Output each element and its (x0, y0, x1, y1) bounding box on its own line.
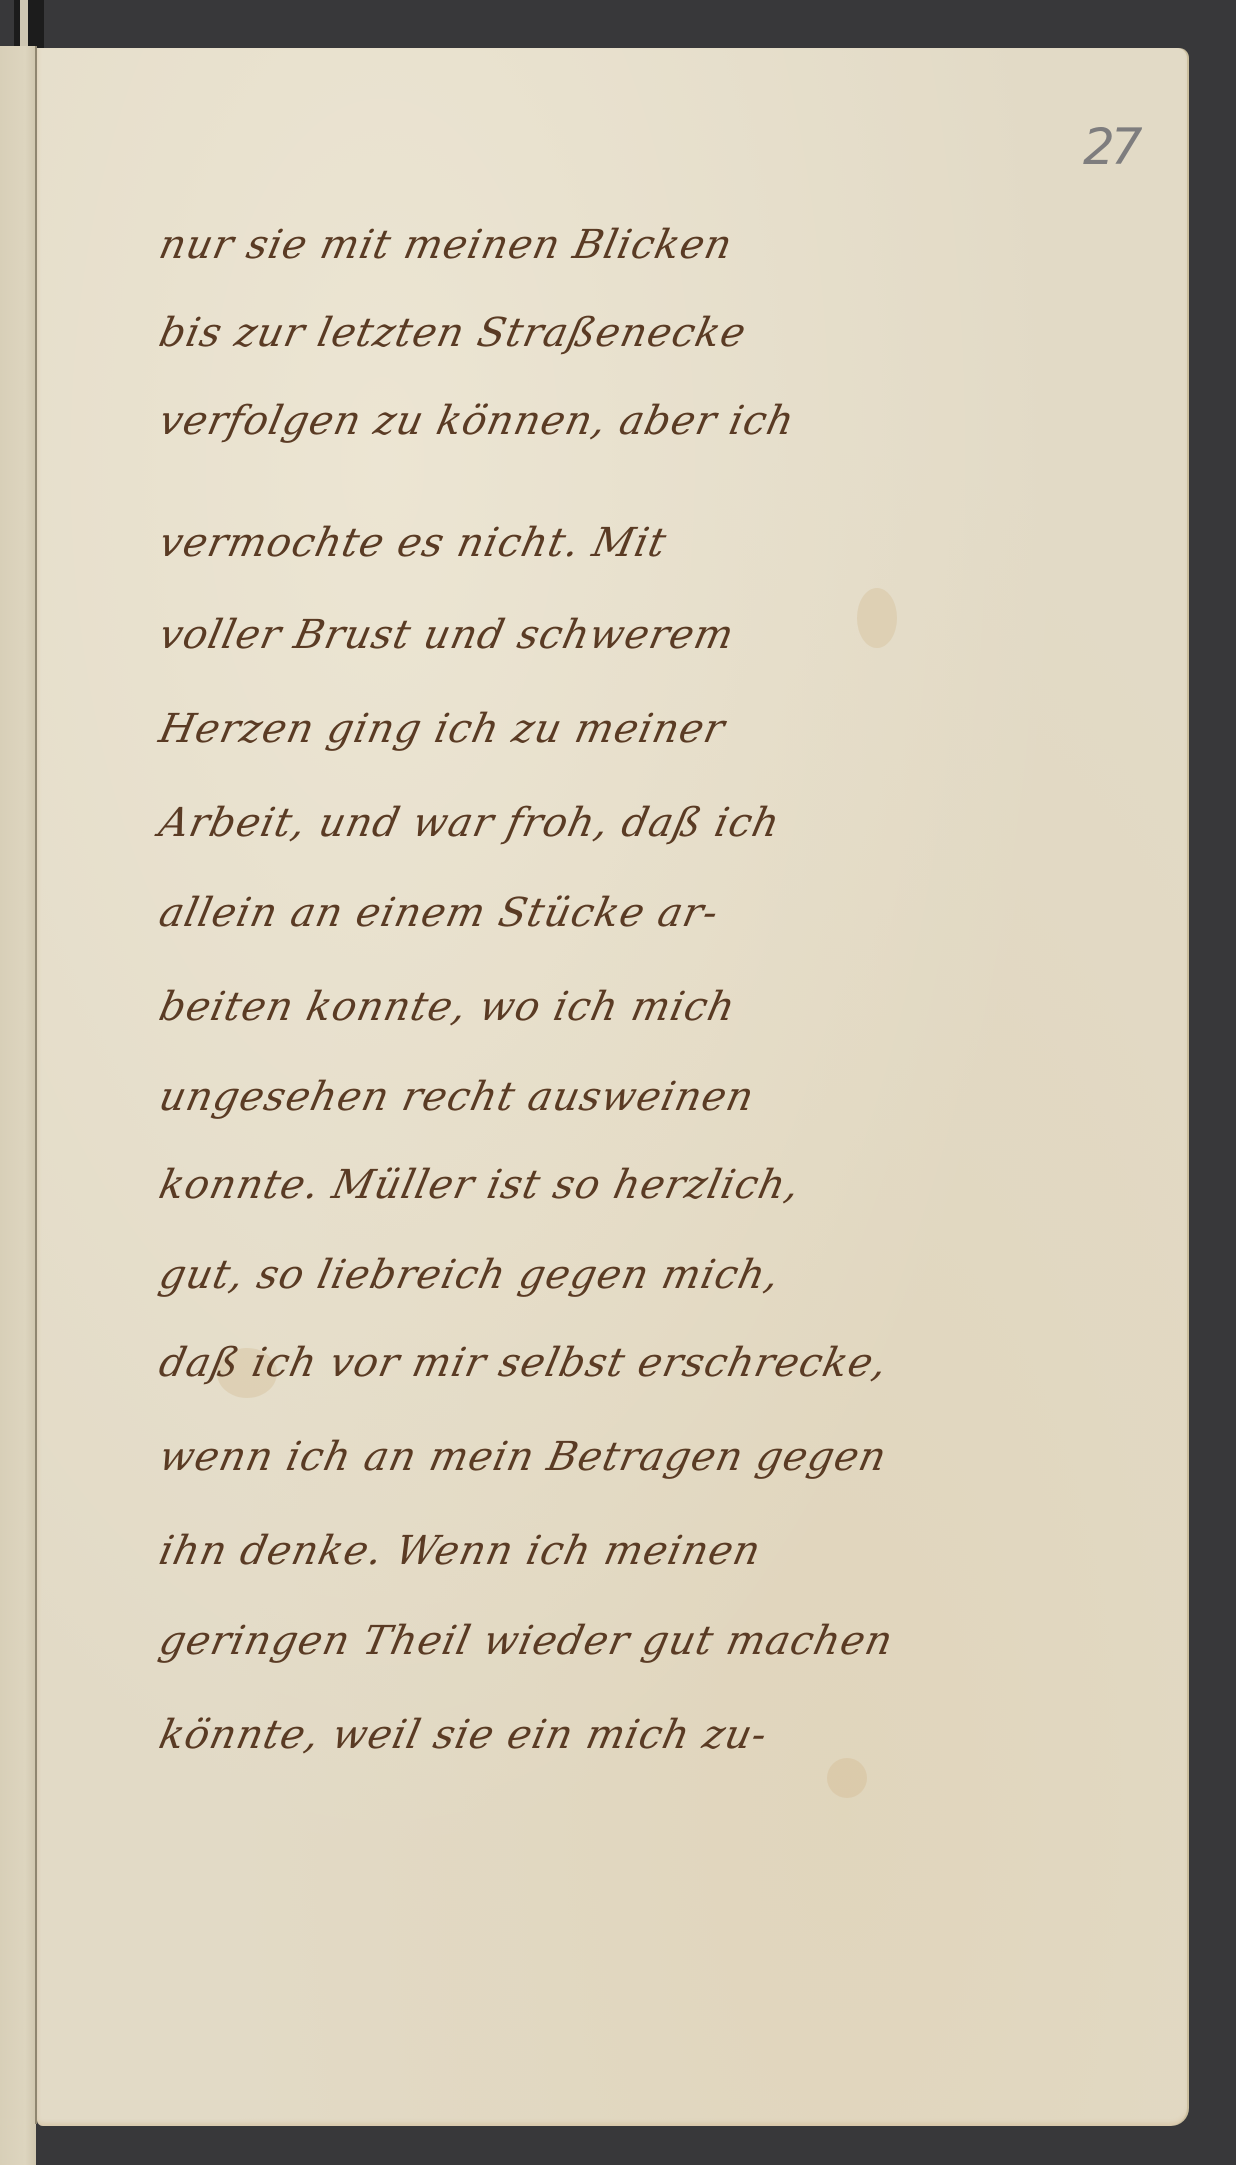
text-line: vermochte es nicht. Mit (155, 520, 671, 566)
text-line: konnte. Müller ist so herzlich, (155, 1162, 804, 1208)
text-line: beiten konnte, wo ich mich (155, 984, 740, 1030)
text-line: voller Brust und schwerem (155, 612, 738, 658)
paper-stain (857, 588, 897, 648)
adjacent-page-edge (0, 46, 36, 2165)
text-line: nur sie mit meinen Blicken (155, 222, 737, 268)
paper-stain (827, 1758, 867, 1798)
text-line: allein an einem Stücke ar- (155, 890, 723, 936)
page-number: 27 (1083, 118, 1139, 176)
text-line: bis zur letzten Straßenecke (155, 310, 751, 356)
text-line: ihn denke. Wenn ich meinen (155, 1528, 765, 1574)
text-line: ungesehen recht ausweinen (155, 1074, 758, 1120)
binding-strip (14, 0, 44, 50)
text-line: könnte, weil sie ein mich zu- (155, 1712, 772, 1758)
text-line: Herzen ging ich zu meiner (155, 706, 729, 752)
text-line: Arbeit, und war froh, daß ich (155, 800, 784, 846)
text-line: geringen Theil wieder gut machen (155, 1618, 897, 1664)
text-line: verfolgen zu können, aber ich (155, 398, 799, 444)
text-line: wenn ich an mein Betragen gegen (155, 1434, 891, 1480)
text-line: daß ich vor mir selbst erschrecke, (155, 1340, 892, 1386)
text-line: gut, so liebreich gegen mich, (155, 1252, 784, 1298)
